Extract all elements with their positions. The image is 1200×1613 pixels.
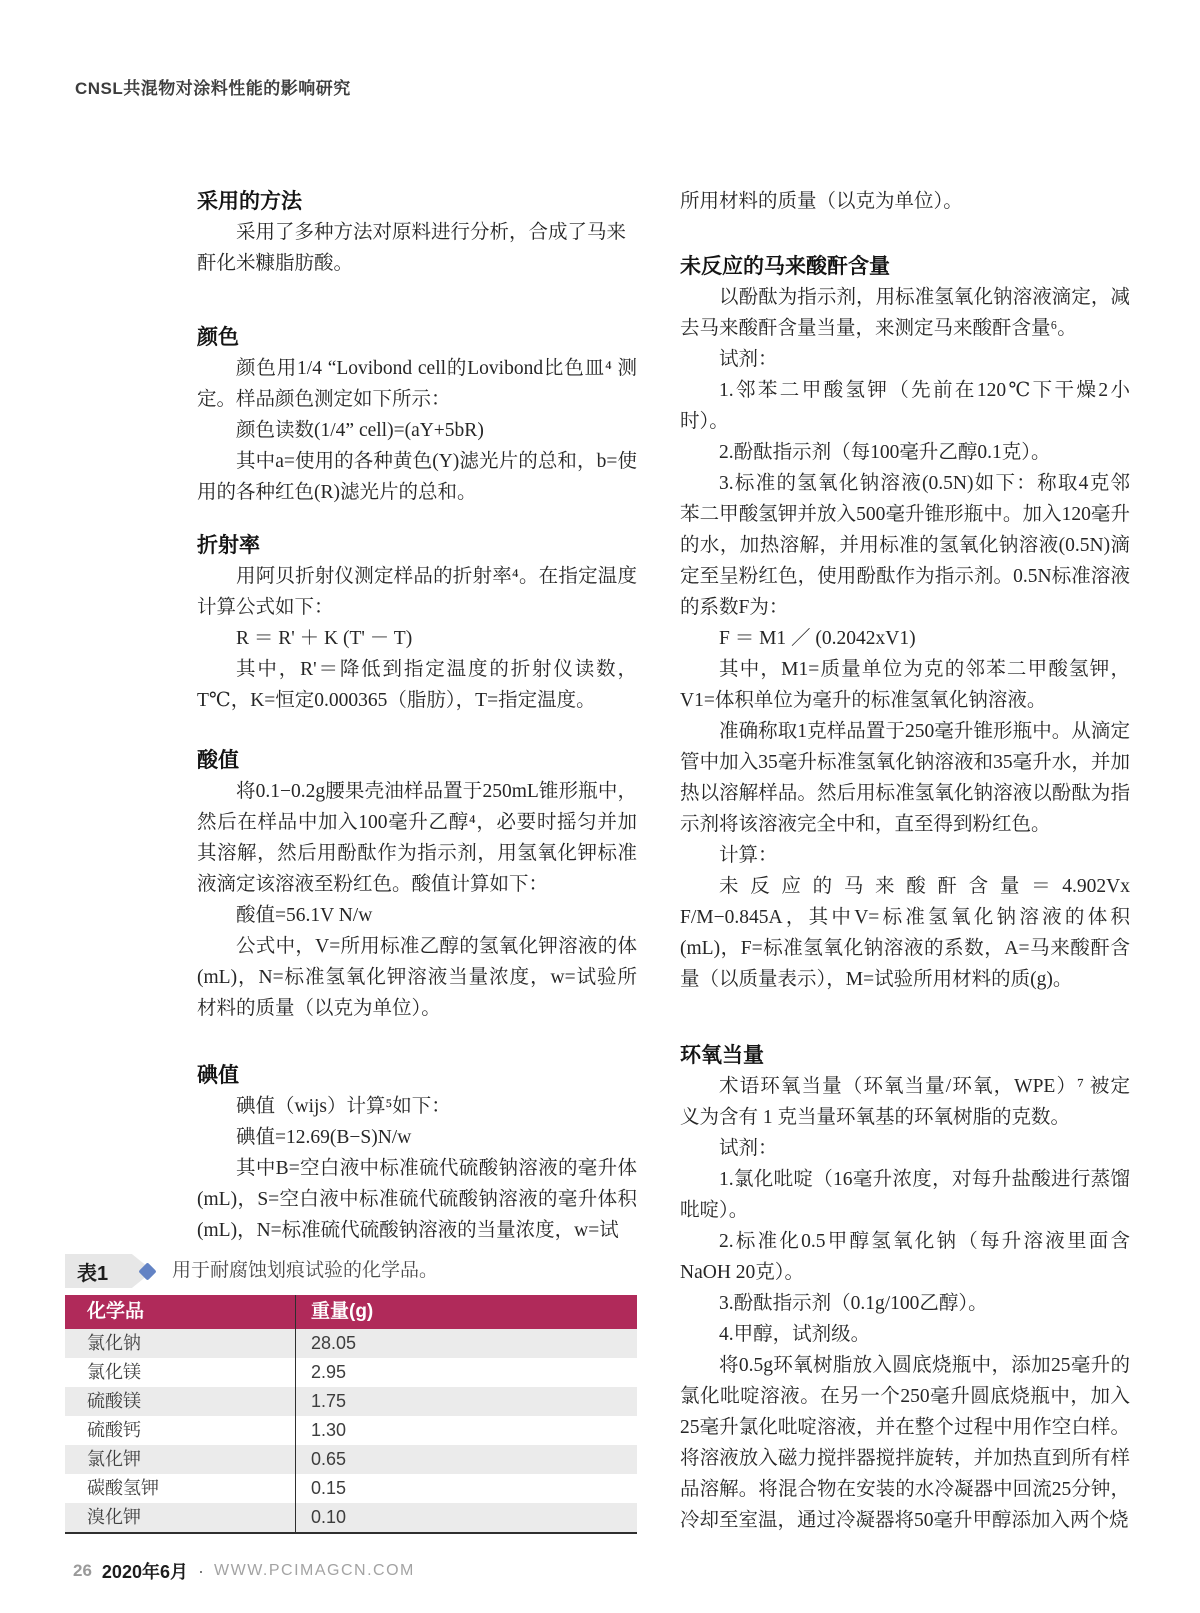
text-line: 公式中，V=所用标准乙醇的氢氧化钾溶液的体积 bbox=[197, 931, 637, 962]
chemical-weight: 1.30 bbox=[295, 1416, 637, 1445]
text-line: 准确称取1克样品置于250毫升锥形瓶中。从滴定 bbox=[680, 716, 1130, 747]
table-row: 氯化镁2.95 bbox=[65, 1358, 637, 1387]
chemicals-table: 化学品 重量(g) 氯化钠28.05氯化镁2.95硫酸镁1.75硫酸钙1.30氯… bbox=[65, 1295, 637, 1534]
article-section: 采用的方法采用了多种方法对原料进行分析，合成了马来酸酐化米糠脂肪酸。 bbox=[197, 186, 637, 279]
text-line: 其溶解，然后用酚酞作为指示剂，用氢氧化钾标准溶 bbox=[197, 838, 637, 869]
text-line: (mL)，S=空白液中标准硫代硫酸钠溶液的毫升体积 bbox=[197, 1184, 637, 1215]
article-section: 所用材料的质量（以克为单位）。 bbox=[680, 186, 1130, 217]
text-line: 定。样品颜色测定如下所示： bbox=[197, 384, 637, 415]
chemical-weight: 0.10 bbox=[295, 1503, 637, 1532]
text-line: 其中B=空白液中标准硫代硫酸钠溶液的毫升体积 bbox=[197, 1153, 637, 1184]
section-heading: 环氧当量 bbox=[680, 1040, 1130, 1071]
chemical-weight: 28.05 bbox=[295, 1329, 637, 1358]
issue-date: 2020年6月 bbox=[102, 1558, 188, 1584]
text-line: 时）。 bbox=[680, 406, 1130, 437]
text-line: 然后在样品中加入100毫升乙醇⁴，必要时摇匀并加热使 bbox=[197, 807, 637, 838]
page-footer: 26 2020年6月 · WWW.PCIMAGCN.COM bbox=[73, 1556, 415, 1586]
chemical-name: 硫酸钙 bbox=[65, 1416, 295, 1445]
text-line: 的水，加热溶解，并用标准的氢氧化钠溶液(0.5N)滴 bbox=[680, 530, 1130, 561]
text-line: 液滴定该溶液至粉红色。酸值计算如下： bbox=[197, 869, 637, 900]
chemical-weight: 0.65 bbox=[295, 1445, 637, 1474]
table-row: 溴化钾0.10 bbox=[65, 1503, 637, 1532]
article-section: 折射率用阿贝折射仪测定样品的折射率⁴。在指定温度下计算公式如下：R ＝ R' ＋… bbox=[197, 530, 637, 716]
right-text-column: 所用材料的质量（以克为单位）。未反应的马来酸酐含量以酚酞为指示剂，用标准氢氧化钠… bbox=[680, 0, 1130, 1613]
text-line: 将0.1−0.2g腰果壳油样品置于250mL锥形瓶中， bbox=[197, 776, 637, 807]
text-line: 颜色读数(1/4” cell)=(aY+5bR) bbox=[197, 415, 637, 446]
section-heading: 碘值 bbox=[197, 1060, 637, 1091]
text-line: R ＝ R' ＋ K (T' － T) bbox=[197, 623, 637, 654]
separator-dot: · bbox=[198, 1561, 204, 1582]
column-header-chemical: 化学品 bbox=[65, 1295, 295, 1329]
text-line: 吡啶）。 bbox=[680, 1195, 1130, 1226]
table-body: 氯化钠28.05氯化镁2.95硫酸镁1.75硫酸钙1.30氯化钾0.65碳酸氢钾… bbox=[65, 1329, 637, 1532]
chemical-weight: 1.75 bbox=[295, 1387, 637, 1416]
table-row: 氯化钠28.05 bbox=[65, 1329, 637, 1358]
text-line: 管中加入35毫升标准氢氧化钠溶液和35毫升水，并加 bbox=[680, 747, 1130, 778]
section-heading: 采用的方法 bbox=[197, 186, 637, 217]
text-line: 试剂： bbox=[680, 1133, 1130, 1164]
text-line: 试剂： bbox=[680, 344, 1130, 375]
text-line: 品溶解。将混合物在安装的水冷凝器中回流25分钟， bbox=[680, 1474, 1130, 1505]
chemical-name: 硫酸镁 bbox=[65, 1387, 295, 1416]
text-line: 2.酚酞指示剂（每100毫升乙醇0.1克）。 bbox=[680, 437, 1130, 468]
table-column-divider bbox=[295, 1295, 296, 1532]
text-line: 去马来酸酐含量当量，来测定马来酸酐含量⁶。 bbox=[680, 313, 1130, 344]
text-line: 用阿贝折射仪测定样品的折射率⁴。在指定温度下 bbox=[197, 561, 637, 592]
text-line: 4.甲醇，试剂级。 bbox=[680, 1319, 1130, 1350]
text-line: 的系数F为： bbox=[680, 592, 1130, 623]
text-line: 酸值=56.1V N/w bbox=[197, 900, 637, 931]
text-line: 25毫升氯化吡啶溶液，并在整个过程中用作空白样。 bbox=[680, 1412, 1130, 1443]
text-line: 计算公式如下： bbox=[197, 592, 637, 623]
text-line: 示剂将该溶液完全中和，直至得到粉红色。 bbox=[680, 809, 1130, 840]
text-line: 用的各种红色(R)滤光片的总和。 bbox=[197, 477, 637, 508]
article-section: 酸值将0.1−0.2g腰果壳油样品置于250mL锥形瓶中，然后在样品中加入100… bbox=[197, 745, 637, 1024]
text-line: 碘值（wijs）计算⁵如下： bbox=[197, 1091, 637, 1122]
text-line: T℃，K=恒定0.000365（脂肪），T=指定温度。 bbox=[197, 685, 637, 716]
table1-caption-row: 表1 用于耐腐蚀划痕试验的化学品。 bbox=[65, 1254, 637, 1288]
text-line: 量（以质量表示），M=试验所用材料的质(g)。 bbox=[680, 964, 1130, 995]
text-line: (mL)，N=标准硫代硫酸钠溶液的当量浓度，w=试验 bbox=[197, 1215, 637, 1246]
text-line: 3.标准的氢氧化钠溶液(0.5N)如下：称取4克邻 bbox=[680, 468, 1130, 499]
chemical-name: 氯化钾 bbox=[65, 1445, 295, 1474]
text-line: (mL)，N=标准氢氧化钾溶液当量浓度，w=试验所用 bbox=[197, 962, 637, 993]
text-line: V1=体积单位为毫升的标准氢氧化钠溶液。 bbox=[680, 685, 1130, 716]
chemical-name: 氯化镁 bbox=[65, 1358, 295, 1387]
chemical-name: 氯化钠 bbox=[65, 1329, 295, 1358]
table1-caption: 用于耐腐蚀划痕试验的化学品。 bbox=[172, 1254, 438, 1288]
website-url: WWW.PCIMAGCN.COM bbox=[214, 1562, 415, 1580]
section-heading: 颜色 bbox=[197, 322, 637, 353]
text-line: 1.氯化吡啶（16毫升浓度，对每升盐酸进行蒸馏 bbox=[680, 1164, 1130, 1195]
text-line: F ＝ M1 ／ (0.2042xV1) bbox=[680, 623, 1130, 654]
table-row: 硫酸钙1.30 bbox=[65, 1416, 637, 1445]
article-section: 碘值碘值（wijs）计算⁵如下：碘值=12.69(B−S)N/w其中B=空白液中… bbox=[197, 1060, 637, 1246]
text-line: 以酚酞为指示剂，用标准氢氧化钠溶液滴定，减 bbox=[680, 282, 1130, 313]
text-line: 将0.5g环氧树脂放入圆底烧瓶中，添加25毫升的 bbox=[680, 1350, 1130, 1381]
text-line: 热以溶解样品。然后用标准氢氧化钠溶液以酚酞为指 bbox=[680, 778, 1130, 809]
chemical-name: 碳酸氢钾 bbox=[65, 1474, 295, 1503]
article-section: 环氧当量术语环氧当量（环氧当量/环氧，WPE）⁷ 被定义为含有 1 克当量环氧基… bbox=[680, 1040, 1130, 1536]
text-line: 采用了多种方法对原料进行分析，合成了马来酸 bbox=[197, 217, 637, 248]
text-line: 术语环氧当量（环氧当量/环氧，WPE）⁷ 被定 bbox=[680, 1071, 1130, 1102]
page-number: 26 bbox=[73, 1561, 92, 1581]
article-section: 颜色颜色用1/4 “Lovibond cell的Lovibond比色皿⁴ 测定。… bbox=[197, 322, 637, 508]
section-heading: 未反应的马来酸酐含量 bbox=[680, 251, 1130, 282]
text-line: 义为含有 1 克当量环氧基的环氧树脂的克数。 bbox=[680, 1102, 1130, 1133]
table-row: 氯化钾0.65 bbox=[65, 1445, 637, 1474]
section-heading: 折射率 bbox=[197, 530, 637, 561]
text-line: (mL)，F=标准氢氧化钠溶液的系数，A=马来酸酐含 bbox=[680, 933, 1130, 964]
text-line: 3.酚酞指示剂（0.1g/100乙醇）。 bbox=[680, 1288, 1130, 1319]
text-line: 定至呈粉红色，使用酚酞作为指示剂。0.5N标准溶液 bbox=[680, 561, 1130, 592]
table1-label: 表1 bbox=[77, 1257, 108, 1286]
text-line: 颜色用1/4 “Lovibond cell的Lovibond比色皿⁴ 测 bbox=[197, 353, 637, 384]
table-row: 硫酸镁1.75 bbox=[65, 1387, 637, 1416]
text-line: 其中a=使用的各种黄色(Y)滤光片的总和，b=使 bbox=[197, 446, 637, 477]
table-row: 碳酸氢钾0.15 bbox=[65, 1474, 637, 1503]
text-line: 酐化米糠脂肪酸。 bbox=[197, 248, 637, 279]
text-line: 计算： bbox=[680, 840, 1130, 871]
text-line: 所用材料的质量（以克为单位）。 bbox=[680, 186, 1130, 217]
text-line: 将溶液放入磁力搅拌器搅拌旋转，并加热直到所有样 bbox=[680, 1443, 1130, 1474]
text-line: 材料的质量（以克为单位）。 bbox=[197, 993, 637, 1024]
column-header-weight: 重量(g) bbox=[295, 1295, 637, 1329]
chemical-weight: 2.95 bbox=[295, 1358, 637, 1387]
text-line: 冷却至室温，通过冷凝器将50毫升甲醇添加入两个烧 bbox=[680, 1505, 1130, 1536]
text-line: 2.标准化0.5甲醇氢氧化钠（每升溶液里面含 bbox=[680, 1226, 1130, 1257]
text-line: 氯化吡啶溶液。在另一个250毫升圆底烧瓶中，加入 bbox=[680, 1381, 1130, 1412]
text-line: 未反应的马来酸酐含量＝4.902Vx bbox=[680, 871, 1130, 902]
section-heading: 酸值 bbox=[197, 745, 637, 776]
chemical-weight: 0.15 bbox=[295, 1474, 637, 1503]
text-line: 1.邻苯二甲酸氢钾（先前在120℃下干燥2小 bbox=[680, 375, 1130, 406]
text-line: 其中，R'＝降低到指定温度的折射仪读数， bbox=[197, 654, 637, 685]
table-header-row: 化学品 重量(g) bbox=[65, 1295, 637, 1329]
text-line: F/M−0.845A，其中V=标准氢氧化钠溶液的体积 bbox=[680, 902, 1130, 933]
chemical-name: 溴化钾 bbox=[65, 1503, 295, 1532]
text-line: 其中，M1=质量单位为克的邻苯二甲酸氢钾， bbox=[680, 654, 1130, 685]
text-line: NaOH 20克）。 bbox=[680, 1257, 1130, 1288]
article-section: 未反应的马来酸酐含量以酚酞为指示剂，用标准氢氧化钠溶液滴定，减去马来酸酐含量当量… bbox=[680, 251, 1130, 995]
text-line: 碘值=12.69(B−S)N/w bbox=[197, 1122, 637, 1153]
text-line: 苯二甲酸氢钾并放入500毫升锥形瓶中。加入120毫升 bbox=[680, 499, 1130, 530]
